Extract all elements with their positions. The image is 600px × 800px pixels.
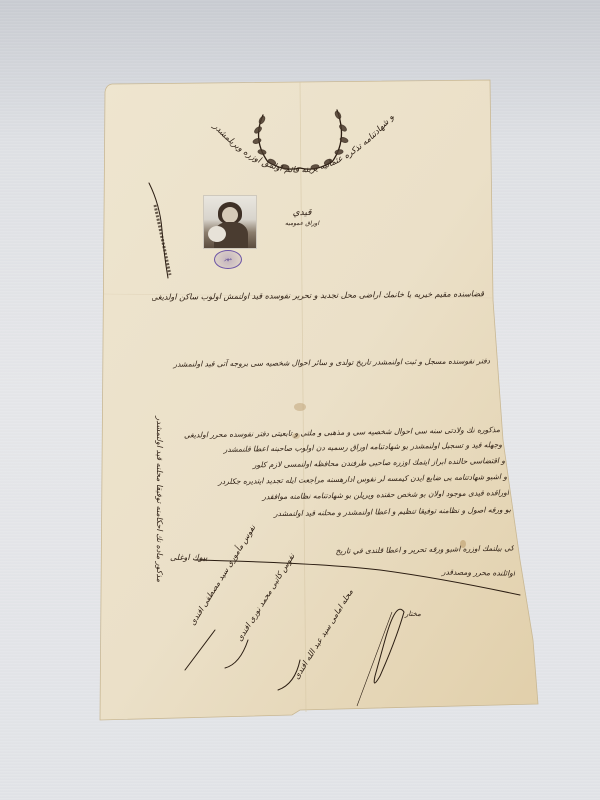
document-title: قيدي [262, 208, 342, 218]
title-block: قيدي اوراق عموميه [262, 208, 342, 227]
document-subtitle: اوراق عموميه [262, 220, 342, 227]
signature-4: مختار [405, 610, 421, 618]
portrait-photo [203, 195, 257, 249]
document-paper: بو شهادتنامه تذكره عثمانيه يرينه قائم او… [0, 0, 600, 800]
photo-face [222, 207, 238, 223]
purple-seal-stamp: مهر [214, 250, 242, 269]
seal-text: مهر [224, 256, 232, 262]
photo-flowers [208, 226, 226, 242]
place-note: بيوك اوغلى [170, 553, 208, 562]
vertical-margin-note: مذكور ماده نك احكامنه توفيقا محلنه قيد ا… [150, 282, 164, 582]
signature-label: مختار [405, 610, 421, 618]
